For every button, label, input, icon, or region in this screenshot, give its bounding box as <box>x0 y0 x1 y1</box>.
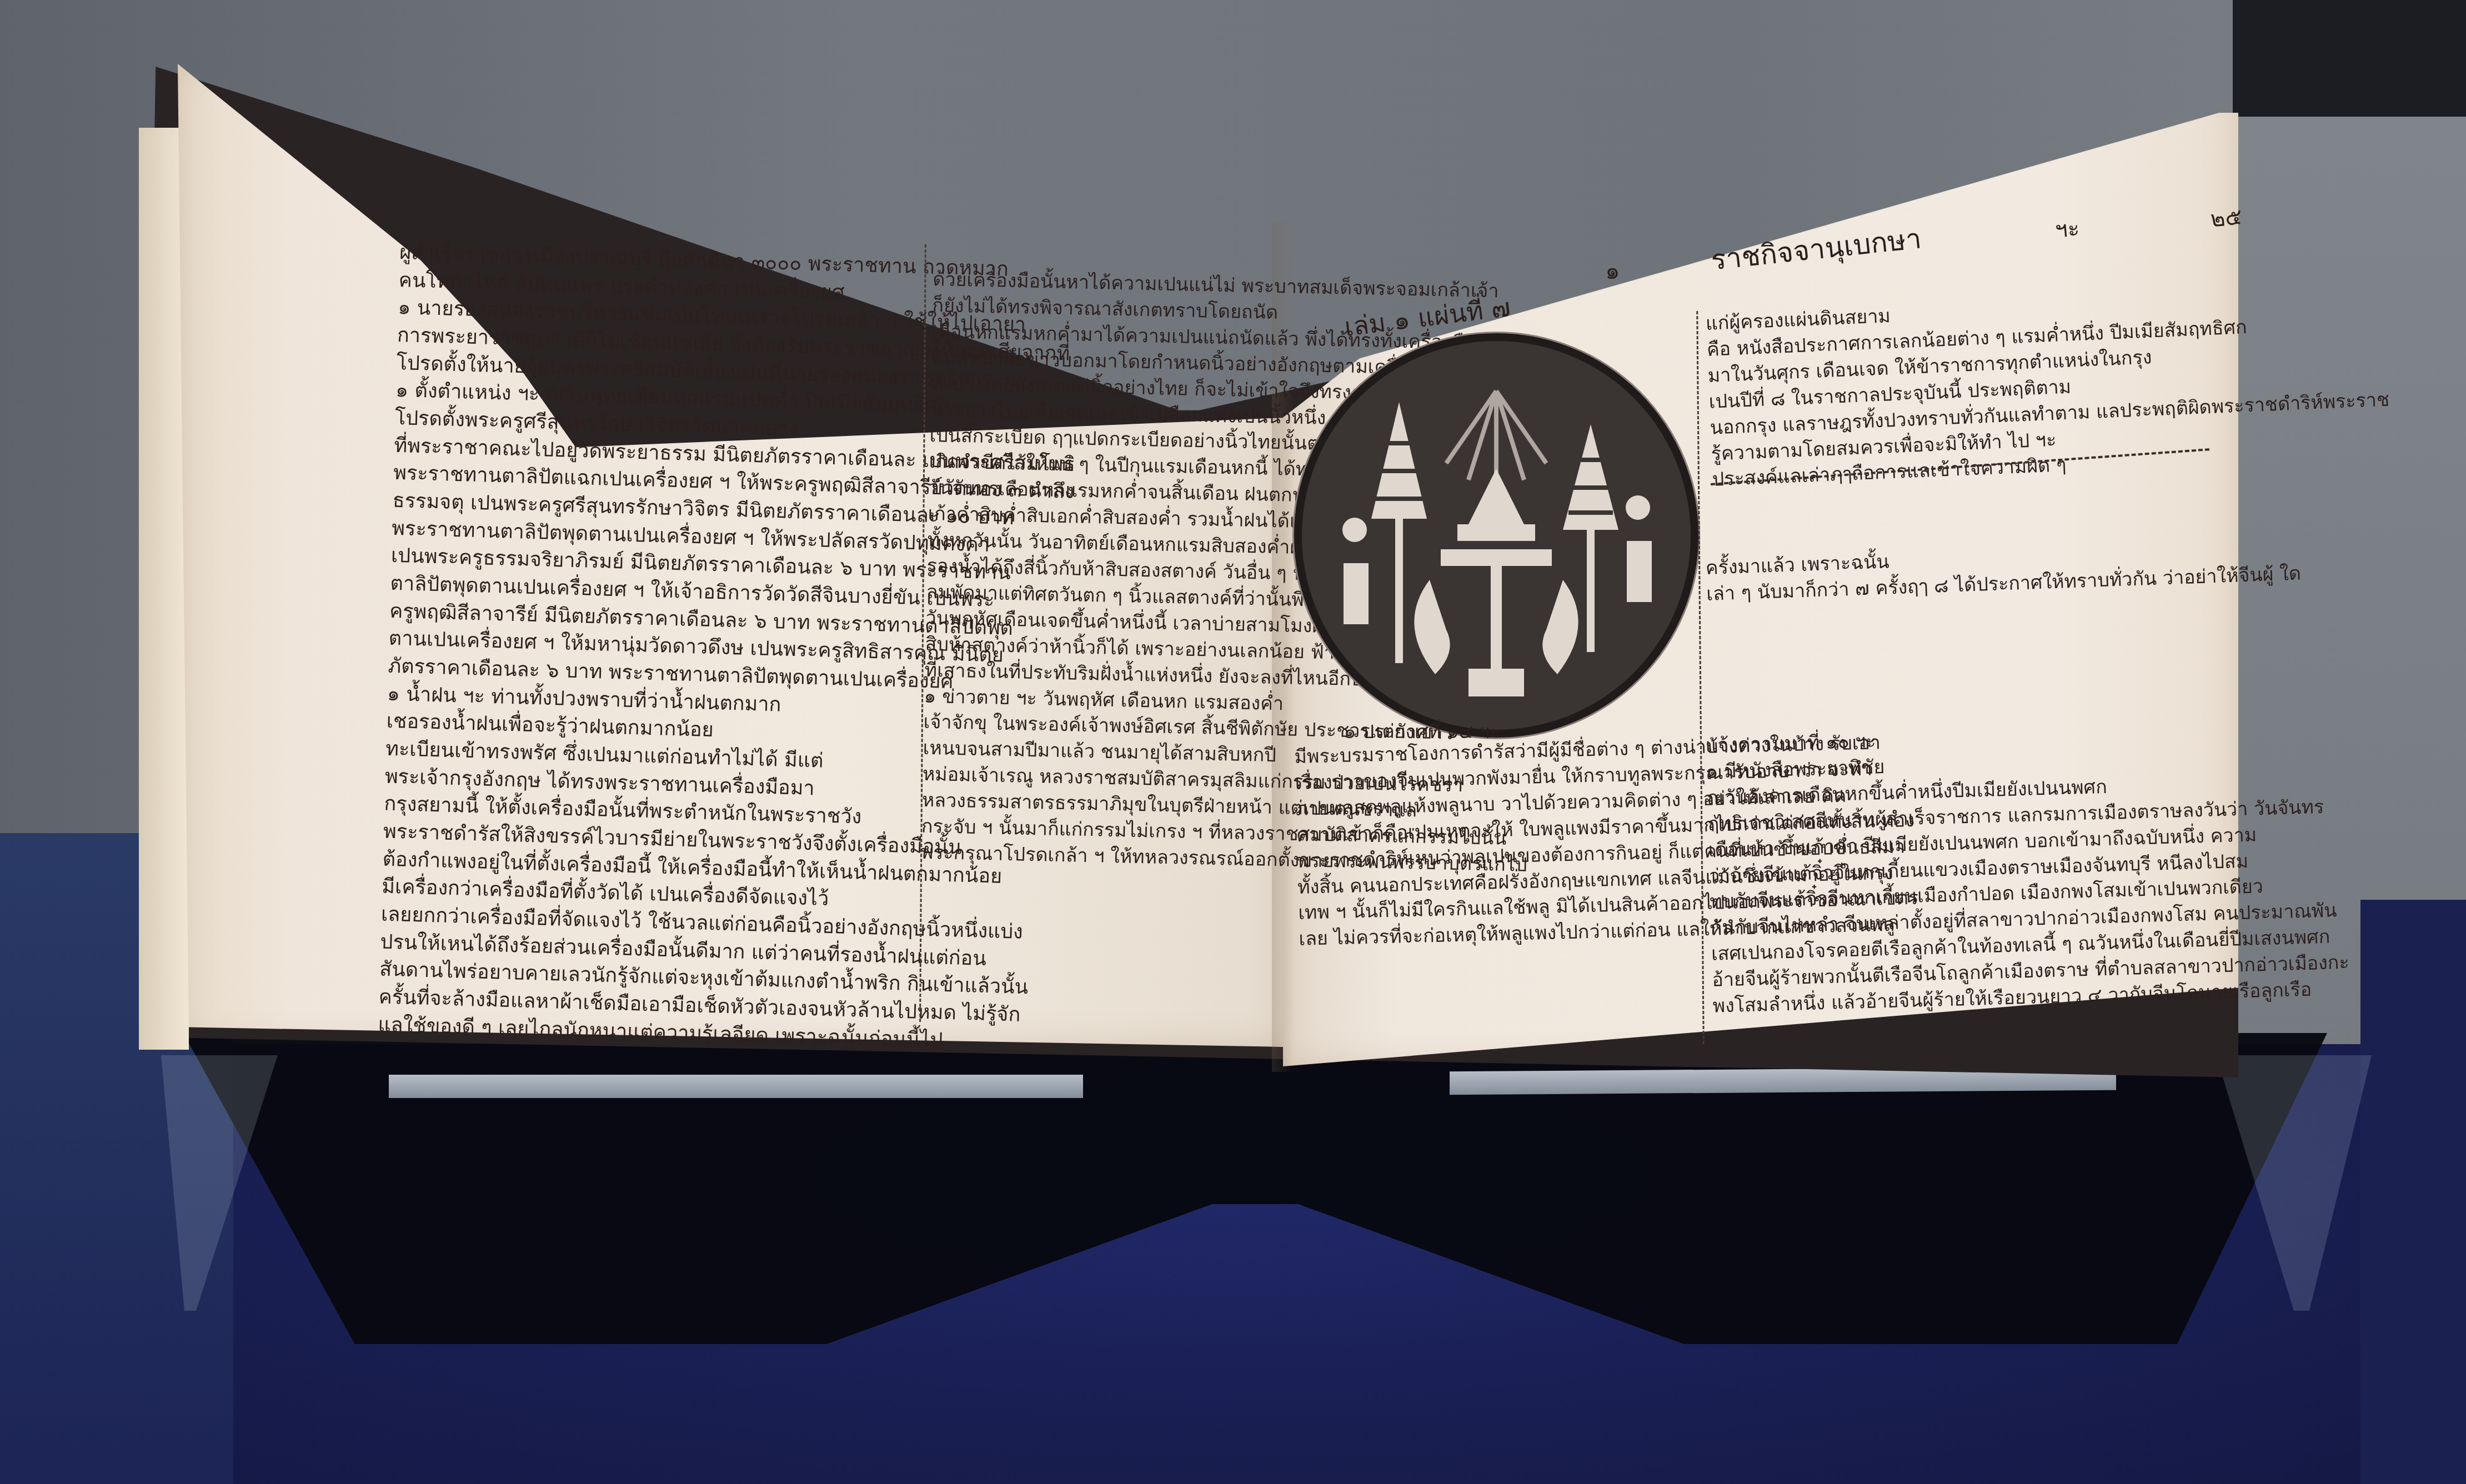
display-base-right-edge <box>2360 900 2466 1484</box>
dark-wall-panel <box>2233 0 2466 117</box>
royal-seal-emblem-icon <box>1294 333 1698 738</box>
seal-artwork <box>1302 341 1691 730</box>
section-mark: ๑ <box>1605 253 1620 289</box>
header-fy-mark: ฯะ <box>2053 210 2081 248</box>
right-page-column-2-bottom: แจ้งความมาที่ ๑๐ ฯะ๑ มีหนังสือพระยาพิชัย… <box>1705 715 2350 1020</box>
acrylic-stand-left-rail <box>389 1075 1083 1098</box>
page-number: ๒๕ <box>2209 199 2243 237</box>
